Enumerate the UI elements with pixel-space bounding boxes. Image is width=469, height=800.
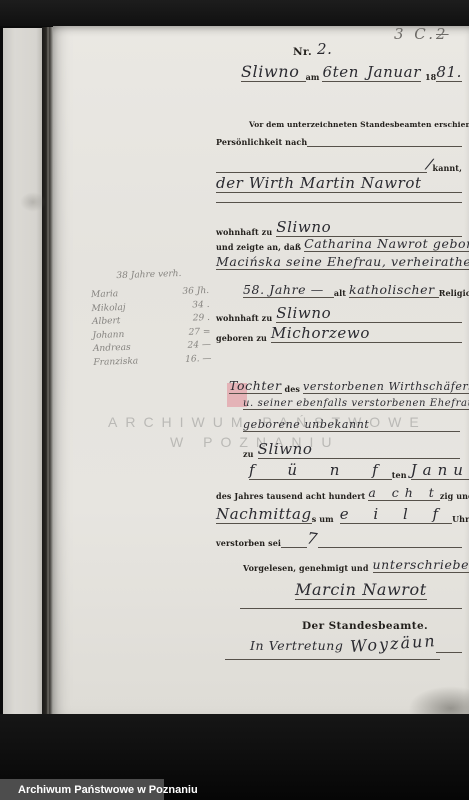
death-place: Sliwno xyxy=(258,440,313,459)
parentage-line2: u. seiner ebenfalls verstorbenen Ehefrau… xyxy=(243,398,460,410)
margin-note-row: Johann 27 = xyxy=(92,326,210,340)
verstorben-label: verstorben sei xyxy=(216,538,281,548)
record-number-line: Nr. 2. xyxy=(293,40,333,58)
death-day-line: f ü n f ten Januar xyxy=(249,461,460,480)
zig-und-label: zig und xyxy=(440,491,469,501)
deputy-note: In Vertretung xyxy=(250,638,344,653)
am-label: am xyxy=(306,72,320,82)
des-label: des xyxy=(285,384,301,394)
previous-page-edge xyxy=(3,28,42,716)
died-line: verstorben sei 7 xyxy=(216,529,462,548)
signature-rule xyxy=(225,658,440,660)
ruled-line xyxy=(307,145,462,147)
father-description: verstorbenen Wirthschäfers Maciński xyxy=(303,380,469,394)
ruled-line xyxy=(216,201,462,203)
year-tens-hand: a ch t xyxy=(368,485,439,501)
archival-scan: ARCHIWUM PAŃSTWOWE W POZNANIU 3 C. 2 Nr.… xyxy=(0,0,469,800)
deceased-name: Catharina Nawrot geborenen xyxy=(304,236,469,252)
uhr-label: Uhr xyxy=(452,514,469,524)
closing-line: Vorgelesen, genehmigt und unterschrieben xyxy=(243,557,460,573)
pencil-smudge xyxy=(20,192,46,212)
declarant-signature-line: Marcin Nawrot xyxy=(295,580,435,600)
nr-value: 2. xyxy=(317,40,333,58)
declarant-name: der Wirth Martin Nawrot xyxy=(216,174,422,193)
ruled-line xyxy=(369,430,460,432)
ruled-line xyxy=(313,457,460,459)
margin-note-heading: 38 Jahre verh. xyxy=(116,268,208,281)
report-line1: und zeigte an, daß Catharina Nawrot gebo… xyxy=(216,236,462,252)
tochter-word: Tochter xyxy=(229,378,282,394)
death-month: Januar xyxy=(411,461,469,480)
ruled-line xyxy=(436,651,462,653)
blank-line-2 xyxy=(240,607,462,609)
archive-label-box: Archiwum Państwowe w Poznaniu xyxy=(0,779,164,800)
known-suffix: kannt, xyxy=(433,163,462,173)
spacer xyxy=(344,652,350,653)
s-um-label: s um xyxy=(312,514,334,524)
ruled-line xyxy=(281,546,307,548)
year-printed: 18 xyxy=(425,72,436,82)
child-name: Mikolaj xyxy=(91,302,125,313)
ruled-line xyxy=(225,658,440,660)
child-age: 27 = xyxy=(188,326,210,337)
scan-smudge xyxy=(408,686,469,714)
child-name: Andreas xyxy=(93,343,131,354)
unterschrieben-hand: unterschrieben xyxy=(373,557,469,573)
child-age: 29 . xyxy=(193,313,211,324)
intro-text2: Persönlichkeit nach xyxy=(216,137,307,147)
ten-suffix: ten xyxy=(392,470,407,480)
record-month: Januar xyxy=(367,63,421,82)
death-place-line: zu Sliwno xyxy=(243,440,460,459)
ruled-line xyxy=(318,546,462,548)
geboren-zu-label: geboren zu xyxy=(216,333,267,343)
margin-note-row: Franziska 16. — xyxy=(93,353,211,367)
date-line: Sliwno am 6ten Januar 18 81. xyxy=(241,62,462,82)
child-age: 16. — xyxy=(185,353,212,364)
archive-label: Archiwum Państwowe w Poznaniu xyxy=(0,784,198,796)
page-marker: 3 C. 2 xyxy=(394,25,449,43)
religion-label: Religion, xyxy=(439,288,469,298)
ruled-line xyxy=(422,191,462,193)
child-name: Johann xyxy=(92,329,124,340)
age-value: 58. Jahre — xyxy=(243,282,324,298)
child-age: 36 Jh. xyxy=(182,286,209,297)
page-marker-prefix: 3 C. xyxy=(394,25,436,43)
child-age: 24 — xyxy=(187,340,211,351)
child-name: Franziska xyxy=(93,356,138,368)
ruled-line xyxy=(324,296,334,298)
intro-line2: Persönlichkeit nach xyxy=(216,137,462,147)
margin-note-row: Maria 36 Jh. xyxy=(91,286,209,300)
birthplace-line: geboren zu Michorzewo xyxy=(216,324,462,343)
alt-label: alt xyxy=(334,288,346,298)
book-gutter xyxy=(42,27,53,716)
year-hand: 81. xyxy=(436,63,462,82)
margin-note-row: Andreas 24 — xyxy=(93,340,211,354)
ruled-line xyxy=(359,80,367,82)
residence-place: Sliwno xyxy=(276,218,331,237)
mother-description: u. seiner ebenfalls verstorbenen Ehefrau… xyxy=(243,398,469,410)
declarant-signature: Marcin Nawrot xyxy=(295,580,427,600)
death-year-line: des Jahres tausend acht hundert a ch t z… xyxy=(216,485,462,501)
residence2-line: wohnhaft zu Sliwno xyxy=(216,304,462,323)
wohnhaft-zu-label2: wohnhaft zu xyxy=(216,313,272,323)
record-day: 6ten xyxy=(322,63,359,82)
ruled-line xyxy=(370,341,462,343)
declarant-line: der Wirth Martin Nawrot xyxy=(216,174,462,193)
registrar-signature: Woyzäun xyxy=(349,631,437,656)
time-of-day: Nachmittag xyxy=(216,505,312,524)
zeigte-an-label: und zeigte an, daß xyxy=(216,242,301,252)
child-name: Albert xyxy=(92,316,121,327)
ruled-line xyxy=(331,321,462,323)
margin-note-row: Albert 29 . xyxy=(92,313,210,327)
zu-label: zu xyxy=(243,449,254,459)
residence-line: wohnhaft zu Sliwno xyxy=(216,218,462,237)
parentage-line1: Tochter des verstorbenen Wirthschäfers M… xyxy=(229,378,460,394)
nr-label: Nr. xyxy=(293,46,312,58)
ruled-line xyxy=(240,607,462,609)
known-line: / kannt, xyxy=(216,155,462,173)
ruled-line xyxy=(216,171,427,173)
mother-maiden-name: geborene unbekannt xyxy=(243,418,369,432)
margin-note-row: Mikolaj 34 . xyxy=(91,299,209,313)
intro-text1: Vor dem unterzeichneten Standesbeamten e… xyxy=(249,120,469,129)
registrar-signature-line: In Vertretung Woyzäun xyxy=(250,634,462,653)
deceased-maiden-name: Macińska seine Ehefrau, verheirathet — xyxy=(216,254,469,270)
registrar-title: Der Standesbeamte. xyxy=(302,620,428,632)
report-line2: Macińska seine Ehefrau, verheirathet — xyxy=(216,254,462,270)
age-religion-line: 58. Jahre — alt katholischer Religion, xyxy=(243,282,462,298)
record-place: Sliwno xyxy=(241,62,299,82)
residence2-place: Sliwno xyxy=(276,304,331,323)
death-time-line: Nachmittag s um e i l f Uhr xyxy=(216,505,462,524)
hour-hand: e i l f xyxy=(340,505,448,524)
death-day: f ü n f xyxy=(249,461,392,480)
scan-top-band xyxy=(0,0,469,26)
parentage-line3: geborene unbekannt xyxy=(243,418,460,432)
page-marker-struck-number: 2 xyxy=(436,25,449,43)
child-name: Maria xyxy=(91,289,118,300)
child-age: 34 . xyxy=(192,299,210,310)
registrar-title-line: Der Standesbeamte. xyxy=(302,620,428,632)
birthplace: Michorzewo xyxy=(271,324,370,343)
vorgelesen-label: Vorgelesen, genehmigt und xyxy=(243,563,369,573)
intro-line1: Vor dem unterzeichneten Standesbeamten e… xyxy=(249,120,469,129)
pencil-margin-notes: 38 Jahre verh. Maria 36 Jh. Mikolaj 34 .… xyxy=(90,268,211,371)
blank-line xyxy=(216,201,462,203)
year-printed-label: des Jahres tausend acht hundert xyxy=(216,491,365,501)
religion-value: katholischer xyxy=(349,282,435,298)
